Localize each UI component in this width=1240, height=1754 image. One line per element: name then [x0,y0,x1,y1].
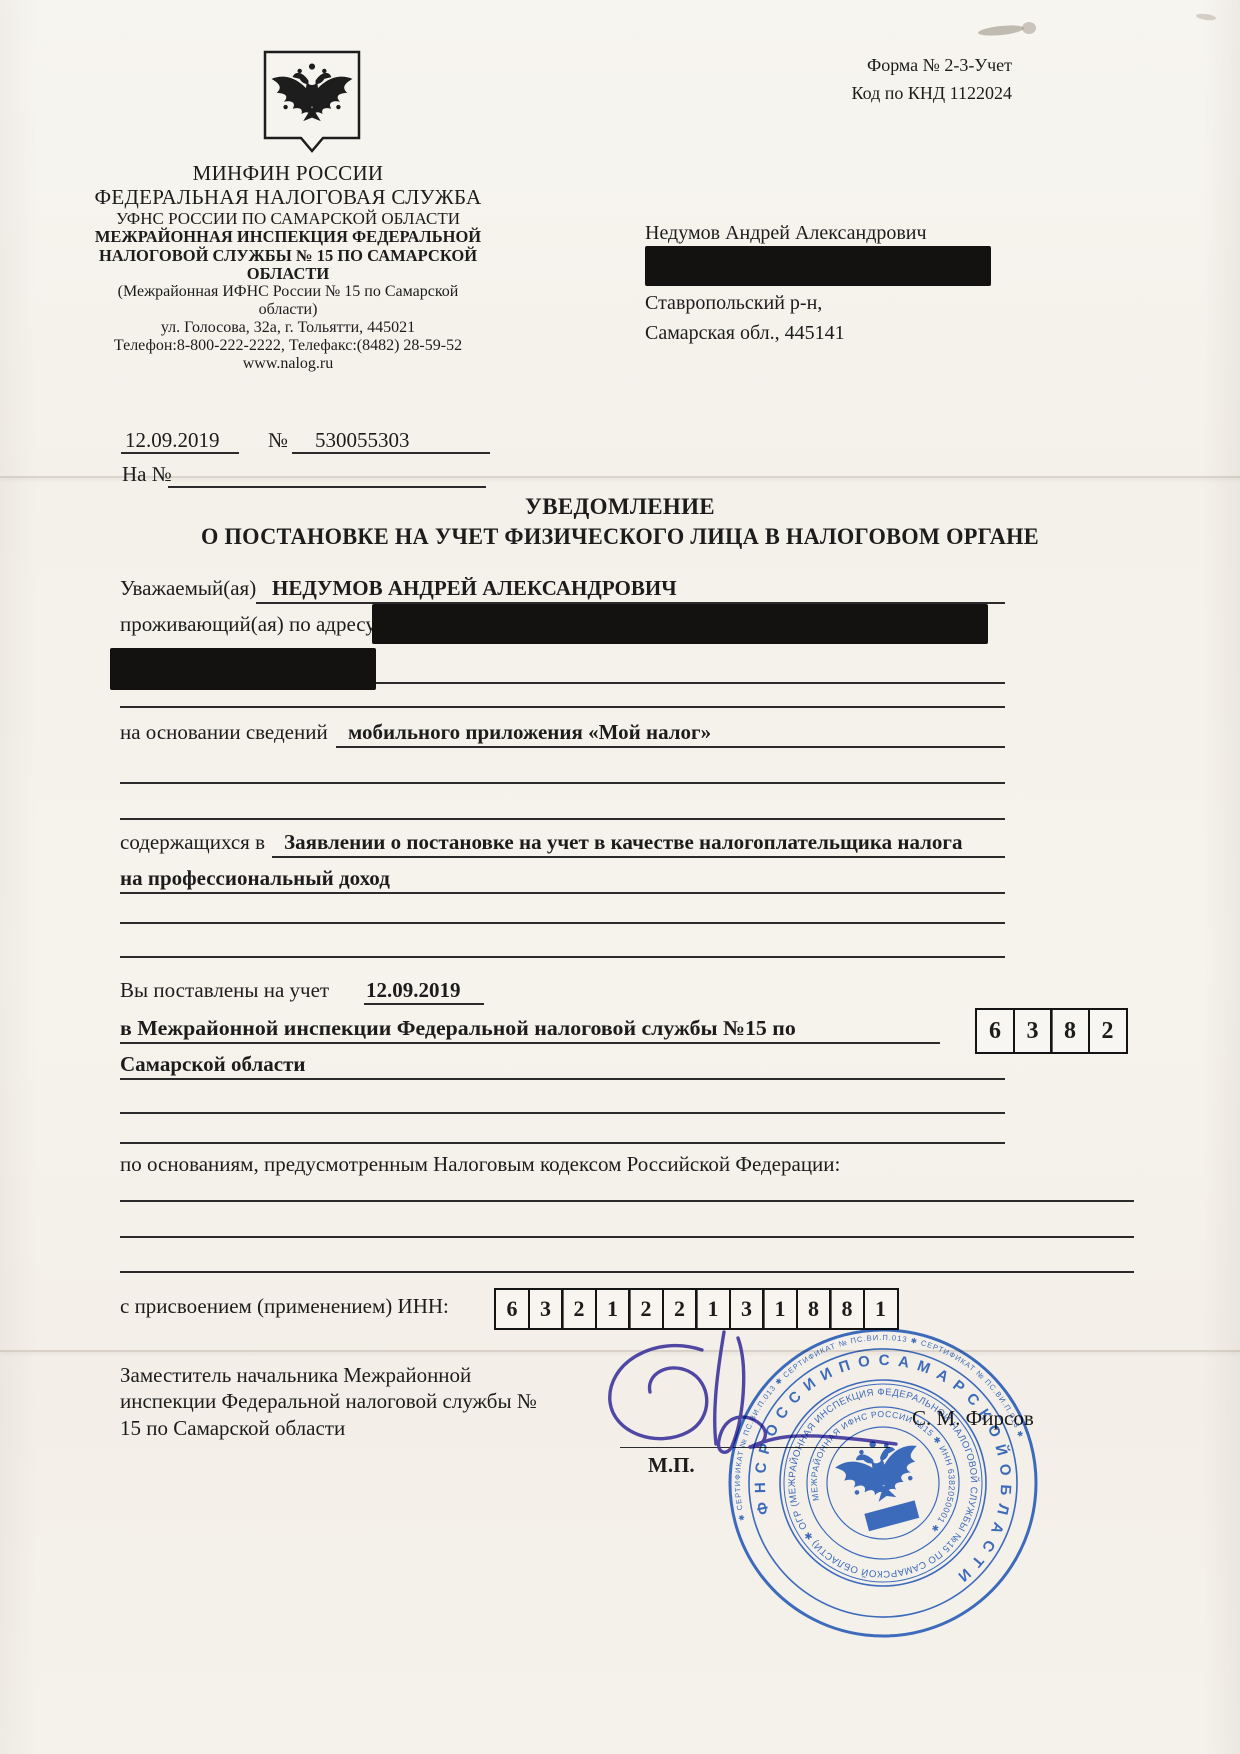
inspection-short-1: (Межрайонная ИФНС России № 15 по Самарск… [78,283,498,301]
document-title-line2: О ПОСТАНОВКЕ НА УЧЕТ ФИЗИЧЕСКОГО ЛИЦА В … [19,524,1222,550]
inspection-value-line2: Самарской области [120,1052,306,1077]
inspection-code-boxes: 6 3 8 2 [975,1008,1128,1054]
recipient-region: Самарская обл., 445141 [645,322,845,345]
basis-value: мобильного приложения «Мой налог» [348,720,711,745]
document-date: 12.09.2019 [125,428,220,453]
inn-digit: 2 [561,1288,597,1330]
redaction-bar [645,246,991,286]
code-digit: 3 [1013,1008,1053,1054]
sender-address: ул. Голосова, 32а, г. Тольятти, 445021 [78,319,498,337]
recipient-district: Ставропольский р-н, [645,292,822,315]
inn-digit: 6 [494,1288,530,1330]
address-label: проживающий(ая) по адресу [120,612,376,637]
signatory-position-line1: Заместитель начальника Межрайонной [120,1362,600,1388]
ufns-line: УФНС РОССИИ ПО САМАРСКОЙ ОБЛАСТИ [78,209,498,228]
signatory-position-line3: 15 по Самарской области [120,1415,600,1441]
form-reference-block: Форма № 2-3-Учет Код по КНД 1122024 [852,52,1013,108]
registered-label: Вы поставлены на учет [120,978,329,1003]
scan-smudge [1022,22,1036,34]
contained-value-line2: на профессиональный доход [120,866,390,891]
paper-crease [0,476,1240,478]
grounds-label: по основаниям, предусмотренным Налоговым… [120,1152,840,1177]
code-digit: 6 [975,1008,1015,1054]
inn-digit: 3 [528,1288,564,1330]
scan-smudge [978,24,1025,38]
scan-smudge [1196,13,1217,22]
inspection-value-line1: в Межрайонной инспекции Федеральной нало… [120,1016,796,1041]
salutation-value: НЕДУМОВ АНДРЕЙ АЛЕКСАНДРОВИЧ [272,576,677,601]
coat-of-arms-emblem [263,50,361,158]
document-number: 530055303 [315,428,410,453]
redaction-bar [372,604,988,644]
inspection-line-3: ОБЛАСТИ [78,265,498,283]
registered-date: 12.09.2019 [366,978,461,1003]
inn-digit: 2 [662,1288,698,1330]
inspection-line-1: МЕЖРАЙОННАЯ ИНСПЕКЦИЯ ФЕДЕРАЛЬНОЙ [78,228,498,246]
sender-phone: Телефон:8-800-222-2222, Телефакс:(8482) … [78,337,498,355]
redaction-bar [110,648,376,690]
inspection-short-2: области) [78,301,498,319]
inn-digit: 1 [595,1288,631,1330]
inn-label: с присвоением (применением) ИНН: [120,1294,449,1319]
scanned-document-page: МИНФИН РОССИИ ФЕДЕРАЛЬНАЯ НАЛОГОВАЯ СЛУЖ… [0,0,1240,1754]
code-digit: 2 [1088,1008,1128,1054]
contained-label: содержащихся в [120,830,265,855]
signatory-position-line2: инспекции Федеральной налоговой службы № [120,1388,600,1414]
form-number: Форма № 2-3-Учет [852,52,1013,80]
sender-website: www.nalog.ru [78,355,498,373]
service-name: ФЕДЕРАЛЬНАЯ НАЛОГОВАЯ СЛУЖБА [78,186,498,210]
contained-value-line1: Заявлении о постановке на учет в качеств… [284,830,962,855]
stamp-eagle-emblem [831,1430,928,1510]
inspection-line-2: НАЛОГОВОЙ СЛУЖБЫ № 15 ПО САМАРСКОЙ [78,247,498,265]
inn-digit: 2 [628,1288,664,1330]
ministry-name: МИНФИН РОССИИ [78,162,498,186]
number-sign: № [268,428,288,453]
salutation-label: Уважаемый(ая) [120,576,256,601]
basis-label: на основании сведений [120,720,328,745]
signatory-position-block: Заместитель начальника Межрайонной инспе… [120,1362,600,1441]
recipient-name: Недумов Андрей Александрович [645,222,927,245]
stamp-center-band [864,1500,919,1531]
document-title-line1: УВЕДОМЛЕНИЕ [0,494,1240,520]
reply-to-label: На № [122,462,172,487]
sender-header-block: МИНФИН РОССИИ ФЕДЕРАЛЬНАЯ НАЛОГОВАЯ СЛУЖ… [78,162,498,373]
knd-code: Код по КНД 1122024 [852,80,1013,108]
official-round-stamp: ✱ СЕРТИФИКАТ № ПС.ВИ.П.013 ✱ СЕРТИФИКАТ … [716,1316,1050,1650]
code-digit: 8 [1050,1008,1090,1054]
